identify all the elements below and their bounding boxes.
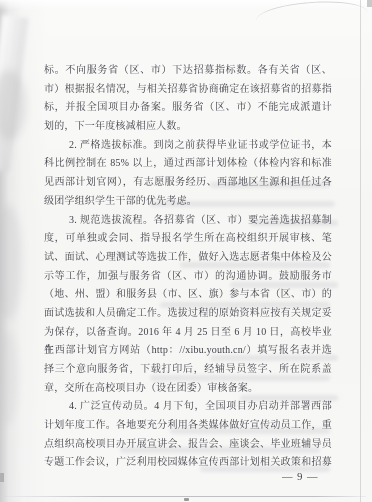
text-line: 见西部计划官网），有志愿服务经历、西部地区生源和担任过各 xyxy=(44,174,332,193)
text-line: 面试选拔和人员确定工作。选拔过程的原始资料应按有关规定妥 xyxy=(44,305,332,324)
text-line: 为保存，以备查询。2016 年 4 月 25 日至 6 月 10 日，高校毕业生 xyxy=(44,324,332,343)
right-edge-line xyxy=(360,0,361,502)
text-line: 市）根据报名情况，与相关招募省协商确定在该招募省的招募指 xyxy=(44,81,332,100)
scanned-document-page: 标。不向服务省（区、市）下达招募指标数。各有关省（区、 市）根据报名情况，与相关… xyxy=(0,0,372,502)
text-line: 在西部计划官方网站（http：//xibu.youth.cn/）填写报名表并选 xyxy=(44,342,332,361)
text-line: 级团学组织学生干部的优先考虑。 xyxy=(44,193,332,212)
text-line: 2. 严格选拔标准。到岗之前获得毕业证书或学位证书，本 xyxy=(44,137,332,156)
text-line: 示等工作，加强与服务省（区、市）的沟通协调。鼓励服务市 xyxy=(44,268,332,287)
text-line: （地、州、盟）和服务县（市、区、旗）参与本省（区、市）的 xyxy=(44,286,332,305)
text-line: 计划年度工作。各地要充分利用各类媒体做好宣传动员工作，重 xyxy=(44,417,332,436)
page-number: — 9 — xyxy=(282,470,342,486)
text-line: 4. 广泛宣传动员。4 月下旬，全国项目办启动并部署西部 xyxy=(44,398,332,417)
scan-speck xyxy=(0,473,4,482)
text-line: 划的，下一年度核减相应人数。 xyxy=(44,118,332,137)
scan-speck xyxy=(184,498,189,501)
scan-speck xyxy=(367,0,372,7)
text-line: 点组织高校项目办开展宣讲会、报告会、座谈会、毕业班辅导员 xyxy=(44,436,332,455)
text-line: 择三个意向服务省，下载打印后，经辅导员签字、所在院系盖 xyxy=(44,361,332,380)
text-line: 试、面试、心理测试等选拔工作，做好入选志愿者集中体检及公 xyxy=(44,249,332,268)
text-line: 科比例控制在 85% 以上，通过西部计划体检（体检内容和标准 xyxy=(44,155,332,174)
text-line: 标，并报全国项目办备案。服务省（区、市）不能完成派遣计 xyxy=(44,99,332,118)
text-line: 章，交所在高校项目办（设在团委）审核备案。 xyxy=(44,380,332,399)
text-line: 3. 规范选拔流程。各招募省（区、市）要完善选拔招募制 xyxy=(44,212,332,231)
text-line: 度，可单独或会同、指导报名学生所在高校组织开展审核、笔 xyxy=(44,230,332,249)
text-line: 标。不向服务省（区、市）下达招募指标数。各有关省（区、 xyxy=(44,62,332,81)
bottom-edge-line xyxy=(4,496,366,497)
document-body-text: 标。不向服务省（区、市）下达招募指标数。各有关省（区、 市）根据报名情况，与相关… xyxy=(44,62,332,473)
